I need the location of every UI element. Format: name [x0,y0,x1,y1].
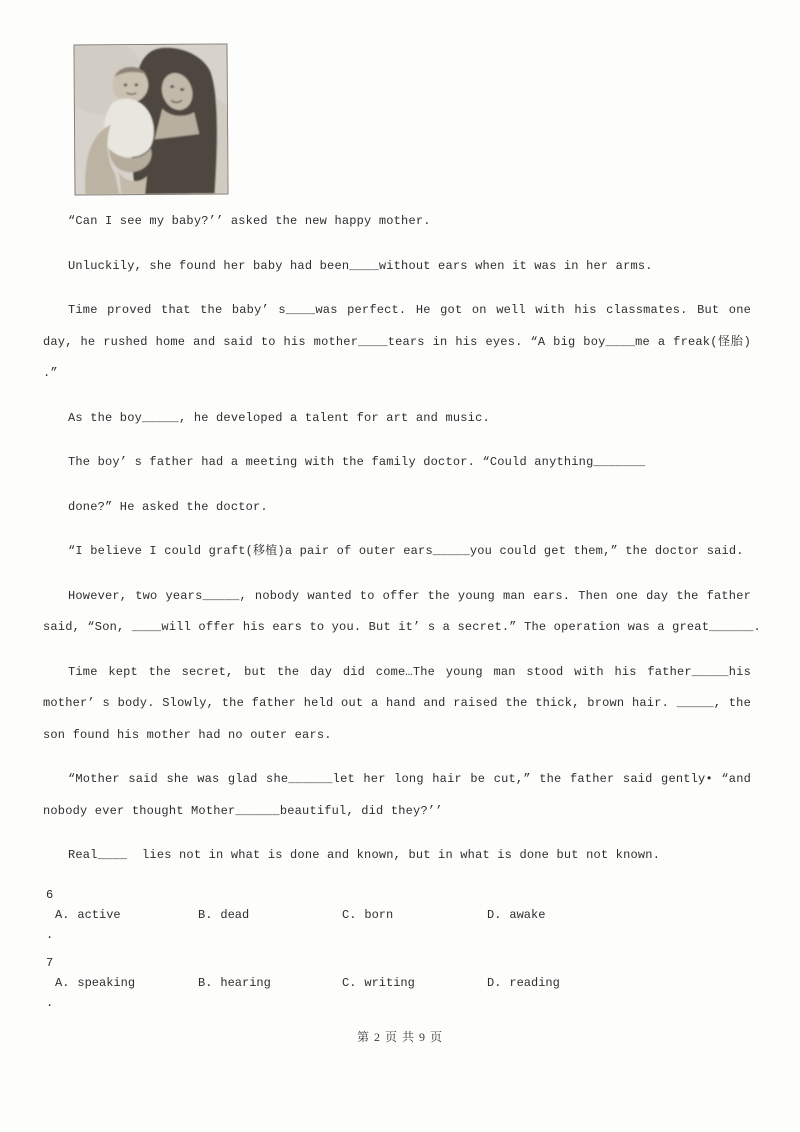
option-label: C. [342,976,356,990]
option-a: A.active [55,905,198,925]
option-d: D.awake [487,905,751,925]
passage-line: .” [43,358,751,390]
exam-page: “Can I see my baby?’’ asked the new happ… [0,0,800,1132]
paragraph: Time kept the secret, but the day did co… [43,657,751,752]
paragraph: As the boy_____, he developed a talent f… [43,403,751,435]
option-text: hearing [220,976,270,990]
paragraph: Real____ lies not in what is done and kn… [43,840,751,872]
passage-line: “I believe I could graft(移植)a pair of ou… [43,536,751,568]
paragraph: The boy’ s father had a meeting with the… [43,447,751,479]
passage-line: Time proved that the baby’ s____was perf… [43,295,751,327]
passage-and-questions: “Can I see my baby?’’ asked the new happ… [43,206,751,1021]
option-text: reading [509,976,559,990]
paragraph: “Can I see my baby?’’ asked the new happ… [43,206,751,238]
option-label: D. [487,908,501,922]
option-d: D.reading [487,973,751,993]
passage-line: “Mother said she was glad she______let h… [43,764,751,796]
paragraph: Unluckily, she found her baby had been__… [43,251,751,283]
option-label: D. [487,976,501,990]
passage-line: “Can I see my baby?’’ asked the new happ… [43,206,751,238]
paragraph: However, two years_____, nobody wanted t… [43,581,751,644]
question-dot: . [43,993,751,1013]
question-options: A.activeB.deadC.bornD.awake [43,905,751,925]
passage-line: As the boy_____, he developed a talent f… [43,403,751,435]
passage-line: The boy’ s father had a meeting with the… [43,447,751,479]
passage: “Can I see my baby?’’ asked the new happ… [43,206,751,872]
passage-line: day, he rushed home and said to his moth… [43,327,751,359]
option-text: born [364,908,393,922]
passage-line: son found his mother had no outer ears. [43,720,751,752]
option-text: speaking [77,976,135,990]
mother-baby-photo [73,43,228,195]
passage-line: nobody ever thought Mother______beautifu… [43,796,751,828]
question-7: 7A.speakingB.hearingC.writingD.reading. [43,953,751,1013]
option-label: B. [198,908,212,922]
option-a: A.speaking [55,973,198,993]
passage-line: Time kept the secret, but the day did co… [43,657,751,689]
passage-line: said, “Son, ____will offer his ears to y… [43,612,751,644]
paragraph: Time proved that the baby’ s____was perf… [43,295,751,390]
paragraph: “I believe I could graft(移植)a pair of ou… [43,536,751,568]
option-label: B. [198,976,212,990]
option-text: writing [364,976,414,990]
option-c: C.born [342,905,487,925]
passage-line: However, two years_____, nobody wanted t… [43,581,751,613]
paragraph: “Mother said she was glad she______let h… [43,764,751,827]
option-label: C. [342,908,356,922]
option-label: A. [55,908,69,922]
option-text: awake [509,908,545,922]
option-text: dead [220,908,249,922]
paragraph: done?” He asked the doctor. [43,492,751,524]
passage-line: Real____ lies not in what is done and kn… [43,840,751,872]
option-c: C.writing [342,973,487,993]
question-options: A.speakingB.hearingC.writingD.reading [43,973,751,993]
question-6: 6A.activeB.deadC.bornD.awake. [43,885,751,945]
option-label: A. [55,976,69,990]
questions: 6A.activeB.deadC.bornD.awake.7A.speaking… [43,885,751,1013]
option-text: active [77,908,120,922]
passage-line: Unluckily, she found her baby had been__… [43,251,751,283]
option-b: B.dead [198,905,342,925]
question-number: 7 [43,953,751,973]
page-number-text: 第 2 页 共 9 页 [357,1030,443,1044]
page-footer: 第 2 页 共 9 页 [0,1028,800,1045]
question-number: 6 [43,885,751,905]
question-dot: . [43,925,751,945]
passage-line: done?” He asked the doctor. [43,492,751,524]
mother-baby-photo-art [74,44,227,194]
passage-line: mother’ s body. Slowly, the father held … [43,688,751,720]
option-b: B.hearing [198,973,342,993]
